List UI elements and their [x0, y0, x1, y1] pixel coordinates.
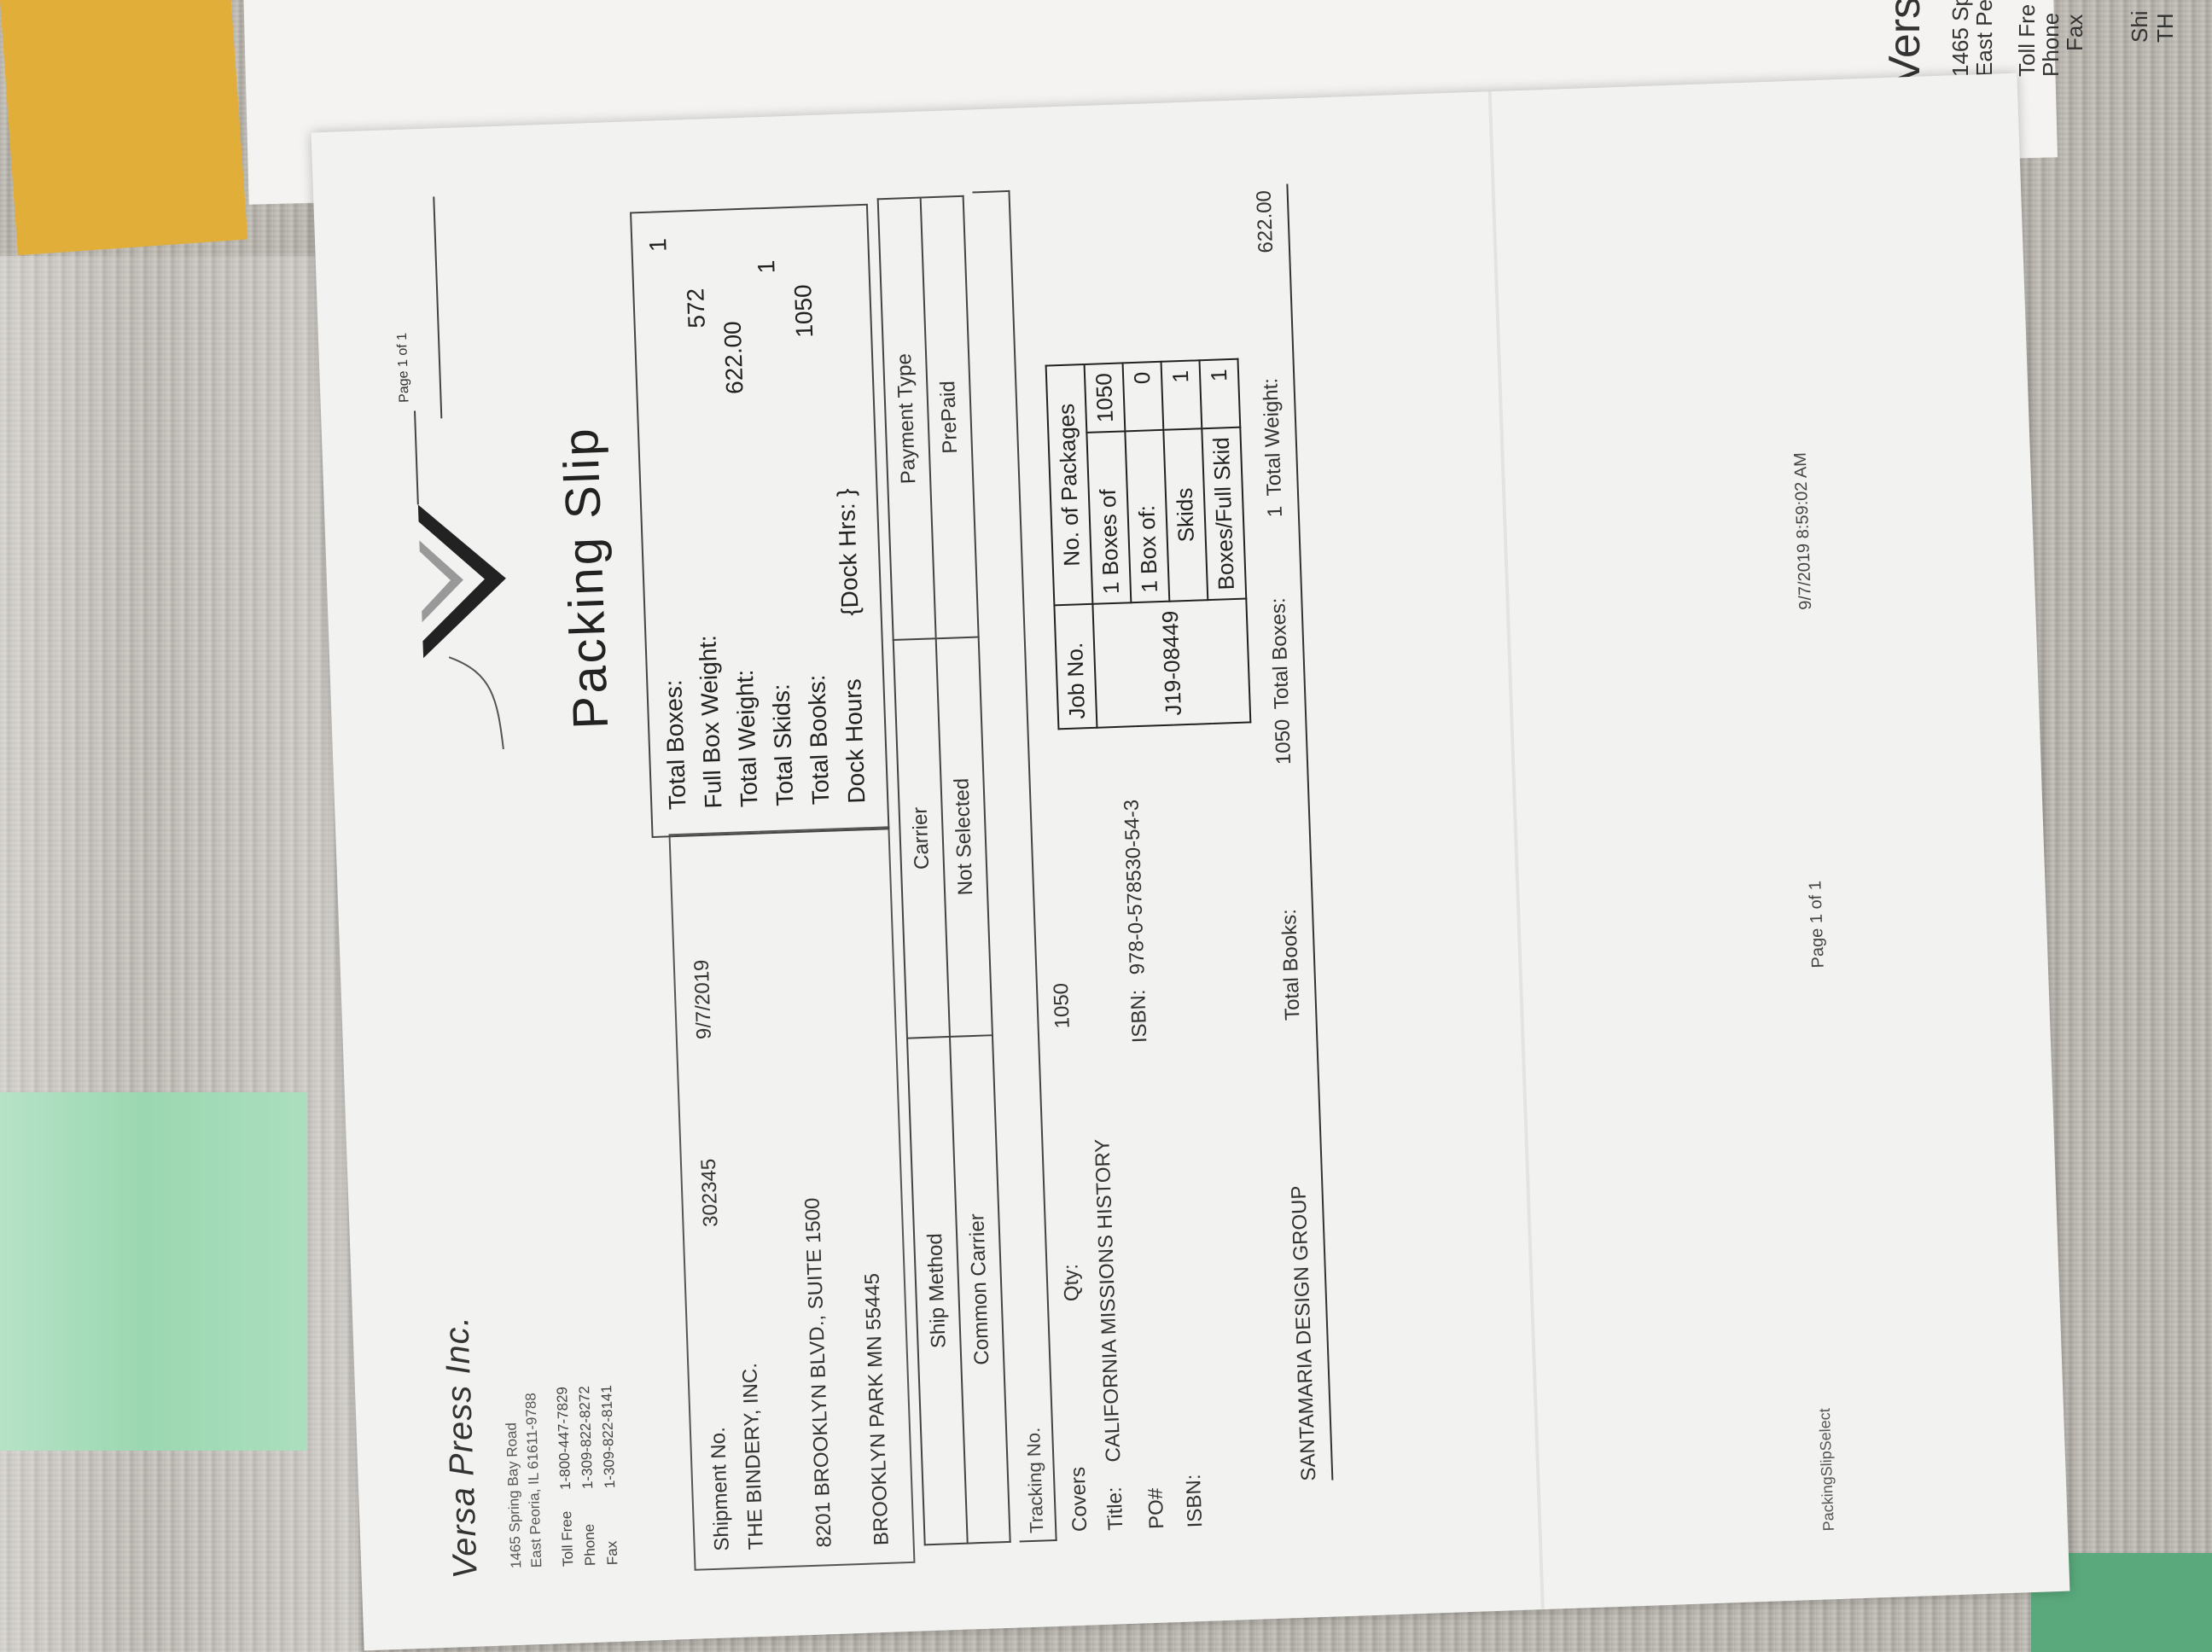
po-label: PO#: [1144, 1487, 1170, 1529]
bg-toll-free: Toll Fre: [2014, 4, 2040, 77]
plastic-sleeve-glare: [0, 256, 358, 1652]
qty-label: Qty:: [1059, 1264, 1085, 1302]
bg-address-2: East Pe: [1971, 0, 1998, 77]
total-skids-label: Total Skids:: [767, 683, 799, 806]
full-box-weight-value: 572: [682, 288, 711, 329]
shipment-date: 9/7/2019: [690, 959, 717, 1039]
covers-label: Covers: [1067, 1466, 1093, 1532]
job-no-header: Job No.: [1054, 604, 1097, 729]
full-box-weight-label: Full Box Weight:: [694, 635, 727, 809]
bg-phone: Phone: [2038, 13, 2064, 77]
shipment-box: Shipment No. 302345 9/7/2019 THE BINDERY…: [668, 826, 915, 1571]
company-phones: Toll Free1-800-447-7829 Phone1-309-822-8…: [551, 1385, 624, 1568]
package-row-value: 1: [1199, 359, 1240, 428]
bg-fax: Fax: [2062, 15, 2088, 51]
total-boxes-label: Total Boxes:: [660, 679, 691, 811]
package-row-value: 1050: [1085, 363, 1126, 432]
summary-total-boxes-label: Total Boxes:: [1266, 597, 1295, 710]
isbn-inline-label: ISBN:: [1126, 989, 1152, 1044]
versa-press-chevron-logo-icon: [406, 407, 529, 752]
packages-table: Job No. No. of Packages J19-08449 1 Boxe…: [1045, 358, 1252, 730]
footer-form-name: PackingSlipSelect: [1816, 1408, 1838, 1532]
total-books-value: 1050: [789, 284, 818, 338]
summary-total-books-label: Total Books:: [1278, 909, 1306, 1021]
footer-timestamp: 9/7/2019 8:59:02 AM: [1791, 452, 1816, 610]
isbn-label: ISBN:: [1182, 1474, 1208, 1528]
dock-hours-value: {Dock Hrs: }: [832, 488, 864, 616]
yellow-envelope: [0, 0, 247, 255]
bg-company: Versa: [1879, 0, 1930, 85]
packing-slip-paper: Versa Press Inc. 1465 Spring Bay Road Ea…: [311, 73, 2070, 1651]
package-row-label: Boxes/Full Skid: [1202, 428, 1246, 601]
job-no-value: J19-08449: [1092, 599, 1250, 728]
summary-total-boxes: 1: [1264, 505, 1288, 517]
shipment-no-label: Shipment No.: [707, 1427, 735, 1551]
package-row-label: 1 Boxes of: [1086, 431, 1131, 604]
qty-value: 1050: [1050, 982, 1075, 1028]
package-row-value: 1: [1161, 360, 1202, 429]
bg-ship: Shi: [2127, 10, 2153, 43]
shipment-no: 302345: [697, 1158, 724, 1227]
page-title: Packing Slip: [552, 425, 620, 730]
book-title: CALIFORNIA MISSIONS HISTORY: [1091, 1138, 1126, 1463]
summary-total-books: 1050: [1271, 718, 1296, 765]
package-row-label: 1 Box of:: [1125, 430, 1169, 603]
page-indicator: Page 1 of 1: [395, 333, 413, 403]
recipient-address: 8201 BROOKLYN BLVD., SUITE 1500: [800, 1197, 836, 1548]
tracking-label: Tracking No.: [1022, 1427, 1048, 1533]
recipient-name: THE BINDERY, INC.: [738, 1363, 769, 1550]
total-weight-value: 622.00: [719, 321, 749, 395]
package-row-label: Skids: [1163, 428, 1208, 602]
dock-hours-label: Dock Hours: [839, 678, 870, 804]
totals-box: Total Boxes: 1 Full Box Weight: 572 Tota…: [630, 204, 889, 838]
company-name: Versa Press Inc.: [438, 1316, 486, 1579]
total-boxes-value: 1: [644, 238, 672, 253]
summary-total-weight-label: Total Weight:: [1259, 378, 1287, 497]
bg-th: TH: [2152, 13, 2179, 43]
footer-page-number: Page 1 of 1: [1806, 881, 1829, 969]
total-skids-value: 1: [753, 259, 781, 274]
package-row-value: 0: [1123, 362, 1164, 431]
total-weight-label: Total Weight:: [731, 669, 764, 807]
recipient-city: BROOKLYN PARK MN 55445: [861, 1273, 894, 1546]
total-books-label: Total Books:: [803, 674, 835, 806]
isbn-value: 978-0-578530-54-3: [1120, 799, 1150, 974]
title-label: Title:: [1103, 1486, 1129, 1531]
summary-total-weight: 622.00: [1253, 190, 1279, 253]
header-rule: [433, 196, 442, 418]
customer-name: SANTAMARIA DESIGN GROUP: [1287, 1185, 1321, 1481]
bg-address-1: 1465 Sp: [1947, 0, 1974, 77]
packing-slip-content: Versa Press Inc. 1465 Spring Bay Road Ea…: [364, 108, 2034, 1614]
